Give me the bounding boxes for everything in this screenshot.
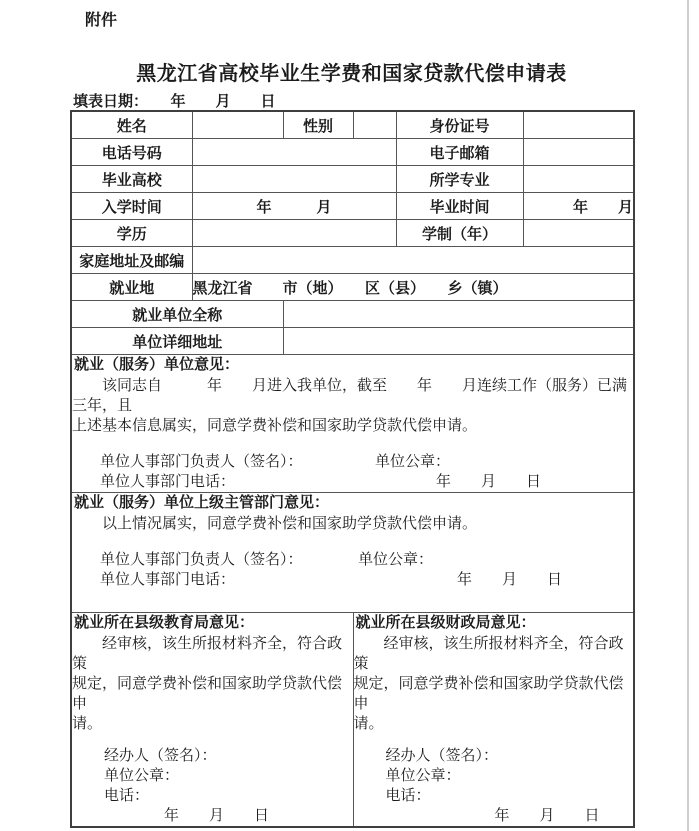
finance-bureau-handler-label: 经办人（签名）： — [354, 746, 634, 766]
employer-phone-label: 单位人事部门电话： — [100, 474, 235, 490]
education-bureau-handler-label: 经办人（签名）： — [72, 746, 353, 766]
finance-bureau-body-line1: 经审核，该生所报材料齐全，符合政策 — [354, 634, 634, 674]
row-enroll-graduate: 入学时间 年 月 毕业时间 年 月 — [71, 193, 634, 220]
row-home-address: 家庭地址及邮编 — [71, 247, 634, 274]
supervisor-opinion-heading: 就业（服务）单位上级主管部门意见： — [74, 493, 633, 513]
row-bureau-opinions: 就业所在县级教育局意见： 经审核，该生所报材料齐全，符合政策 规定，同意学费补偿… — [71, 613, 634, 828]
finance-bureau-body-line2: 规定，同意学费补偿和国家助学贷款代偿申 — [354, 674, 634, 714]
row-name-gender-id: 姓名 性别 身份证号 — [71, 111, 634, 139]
university-label: 毕业高校 — [71, 166, 192, 193]
employer-address-label: 单位详细地址 — [71, 328, 283, 355]
employer-name-value-cell[interactable] — [283, 301, 634, 328]
gender-value-cell[interactable] — [353, 111, 396, 139]
name-label: 姓名 — [71, 111, 192, 139]
graduate-time-value-cell[interactable]: 年 月 — [523, 193, 634, 220]
education-bureau-phone-label: 电话： — [72, 786, 353, 806]
employer-opinion-body-line1: 该同志自 年 月进入我单位，截至 年 月连续工作（服务）已满三年，且 — [72, 376, 633, 416]
supervisor-seal-label: 单位公章： — [358, 550, 433, 570]
education-bureau-body-line2: 规定，同意学费补偿和国家助学贷款代偿申 — [72, 674, 353, 714]
education-bureau-opinion-section: 就业所在县级教育局意见： 经审核，该生所报材料齐全，符合政策 规定，同意学费补偿… — [71, 613, 353, 828]
row-employer-opinion: 就业（服务）单位意见： 该同志自 年 月进入我单位，截至 年 月连续工作（服务）… — [71, 355, 634, 493]
fill-date-line: 填表日期： 年 月 日 — [73, 90, 276, 111]
page-edge-line — [687, 0, 689, 831]
supervisor-opinion-signer-line: 单位人事部门负责人（签名）： 单位公章： — [72, 550, 633, 570]
row-supervisor-opinion: 就业（服务）单位上级主管部门意见： 以上情况属实，同意学费补偿和国家助学贷款代偿… — [71, 493, 634, 613]
major-value-cell[interactable] — [523, 166, 634, 193]
row-degree-schooling: 学历 学制（年） — [71, 220, 634, 247]
employer-opinion-section: 就业（服务）单位意见： 该同志自 年 月进入我单位，截至 年 月连续工作（服务）… — [71, 355, 634, 493]
employer-opinion-heading: 就业（服务）单位意见： — [74, 355, 633, 375]
finance-bureau-phone-label: 电话： — [354, 786, 634, 806]
education-bureau-body-line3: 请。 — [72, 714, 353, 734]
employer-address-value-cell[interactable] — [283, 328, 634, 355]
finance-bureau-opinion-section: 就业所在县级财政局意见： 经审核，该生所报材料齐全，符合政策 规定，同意学费补偿… — [353, 613, 634, 828]
home-address-value-cell[interactable] — [192, 247, 634, 274]
gender-label: 性别 — [283, 111, 353, 139]
education-bureau-heading: 就业所在县级教育局意见： — [74, 613, 353, 633]
document-page: 附件 黑龙江省高校毕业生学费和国家贷款代偿申请表 填表日期： 年 月 日 姓名 … — [0, 0, 699, 831]
finance-bureau-seal-label: 单位公章： — [354, 766, 634, 786]
finance-bureau-date-label: 年 月 日 — [354, 806, 634, 826]
employer-seal-label: 单位公章： — [375, 452, 450, 472]
application-form-table: 姓名 性别 身份证号 电话号码 电子邮箱 毕业高校 所学专业 入学时间 年 月 … — [70, 110, 635, 828]
employer-name-label: 就业单位全称 — [71, 301, 283, 328]
enroll-time-label: 入学时间 — [71, 193, 192, 220]
row-university-major: 毕业高校 所学专业 — [71, 166, 634, 193]
phone-value-cell[interactable] — [192, 139, 396, 166]
schooling-years-label: 学制（年） — [396, 220, 523, 247]
form-title: 黑龙江省高校毕业生学费和国家贷款代偿申请表 — [70, 57, 633, 86]
phone-label: 电话号码 — [71, 139, 192, 166]
row-employer-address: 单位详细地址 — [71, 328, 634, 355]
enroll-time-value-cell[interactable]: 年 月 — [192, 193, 396, 220]
employer-opinion-phone-line: 单位人事部门电话： 年 月 日 — [72, 472, 633, 492]
finance-bureau-heading: 就业所在县级财政局意见： — [356, 613, 634, 633]
row-phone-email: 电话号码 电子邮箱 — [71, 139, 634, 166]
university-value-cell[interactable] — [192, 166, 396, 193]
employment-place-value-cell[interactable]: 黑龙江省 市（地） 区（县） 乡（镇） — [192, 274, 634, 301]
id-number-label: 身份证号 — [396, 111, 523, 139]
supervisor-opinion-phone-line: 单位人事部门电话： 年 月 日 — [72, 570, 633, 590]
employment-place-label: 就业地 — [71, 274, 192, 301]
id-number-value-cell[interactable] — [523, 111, 634, 139]
education-bureau-date-label: 年 月 日 — [72, 806, 353, 826]
major-label: 所学专业 — [396, 166, 523, 193]
supervisor-signer-label: 单位人事部门负责人（签名）： — [100, 552, 303, 568]
employer-signer-label: 单位人事部门负责人（签名）： — [100, 454, 303, 470]
email-value-cell[interactable] — [523, 139, 634, 166]
supervisor-date-label: 年 月 日 — [457, 570, 562, 590]
degree-label: 学历 — [71, 220, 192, 247]
supervisor-opinion-body: 以上情况属实，同意学费补偿和国家助学贷款代偿申请。 — [72, 514, 633, 534]
employer-opinion-signer-line: 单位人事部门负责人（签名）： 单位公章： — [72, 452, 633, 472]
education-bureau-seal-label: 单位公章： — [72, 766, 353, 786]
row-employment-place: 就业地 黑龙江省 市（地） 区（县） 乡（镇） — [71, 274, 634, 301]
employer-date-label: 年 月 日 — [436, 472, 541, 492]
name-value-cell[interactable] — [192, 111, 283, 139]
finance-bureau-body-line3: 请。 — [354, 714, 634, 734]
education-bureau-body-line1: 经审核，该生所报材料齐全，符合政策 — [72, 634, 353, 674]
supervisor-opinion-section: 就业（服务）单位上级主管部门意见： 以上情况属实，同意学费补偿和国家助学贷款代偿… — [71, 493, 634, 613]
home-address-label: 家庭地址及邮编 — [71, 247, 192, 274]
attachment-label: 附件 — [85, 7, 117, 30]
graduate-time-label: 毕业时间 — [396, 193, 523, 220]
degree-value-cell[interactable] — [192, 220, 396, 247]
employer-opinion-body-line2: 上述基本信息属实，同意学费补偿和国家助学贷款代偿申请。 — [72, 416, 633, 436]
schooling-years-value-cell[interactable] — [523, 220, 634, 247]
row-employer-name: 就业单位全称 — [71, 301, 634, 328]
supervisor-phone-label: 单位人事部门电话： — [100, 572, 235, 588]
email-label: 电子邮箱 — [396, 139, 523, 166]
